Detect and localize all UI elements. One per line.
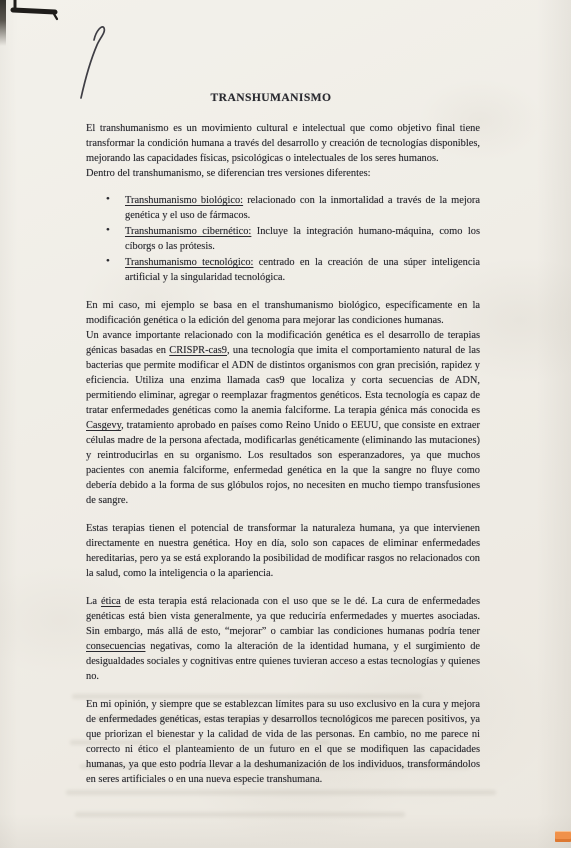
term-consecuencias: consecuencias <box>86 641 145 652</box>
bullet-term: Transhumanismo biológico: <box>125 195 243 206</box>
paragraph-case: En mi caso, mi ejemplo se basa en el tra… <box>86 298 480 328</box>
ethics-text: La <box>86 596 101 607</box>
bullet-icon: • <box>106 192 110 207</box>
bleed-through-mark <box>75 812 405 817</box>
bleed-through-mark <box>66 790 496 795</box>
paragraph-ethics: La ética de esta terapia está relacionad… <box>86 594 480 684</box>
bullet-item-biologico: •Transhumanismo biológico: relacionado c… <box>125 193 480 223</box>
bullet-icon: • <box>106 254 110 269</box>
bullet-item-tecnologico: •Transhumanismo tecnológico: centrado en… <box>125 255 480 285</box>
paragraph-crispr: Un avance importante relacionado con la … <box>86 328 480 508</box>
document-body: TRANSHUMANISMO El transhumanismo es un m… <box>86 90 480 787</box>
paragraph-intro: El transhumanismo es un movimiento cultu… <box>86 121 480 166</box>
ethics-text: de esta terapia está relacionada con el … <box>86 596 480 637</box>
bullet-term: Transhumanismo cibernético: <box>125 226 251 237</box>
term-crispr-cas9: CRISPR-cas9 <box>169 345 227 356</box>
paragraph-intro-lead: Dentro del transhumanismo, se diferencia… <box>86 166 480 181</box>
staple-icon <box>0 0 64 26</box>
sticky-tab <box>555 831 571 842</box>
crispr-text: , tratamiento aprobado en países como Re… <box>86 420 480 506</box>
bullet-list: •Transhumanismo biológico: relacionado c… <box>86 193 480 285</box>
term-etica: ética <box>101 596 121 607</box>
paragraph-opinion: En mi opinión, y siempre que se establez… <box>86 697 480 787</box>
term-casgevy: Casgevy <box>86 420 121 431</box>
ethics-text: negativas, como la alteración de la iden… <box>86 641 480 682</box>
bullet-item-cibernetico: •Transhumanismo cibernético: Incluye la … <box>125 224 480 254</box>
scanned-document-page: TRANSHUMANISMO El transhumanismo es un m… <box>0 0 571 848</box>
bullet-icon: • <box>106 223 110 238</box>
bullet-term: Transhumanismo tecnológico: <box>125 257 253 268</box>
page-title: TRANSHUMANISMO <box>74 90 468 105</box>
paragraph-therapies: Estas terapias tienen el potencial de tr… <box>86 521 480 581</box>
